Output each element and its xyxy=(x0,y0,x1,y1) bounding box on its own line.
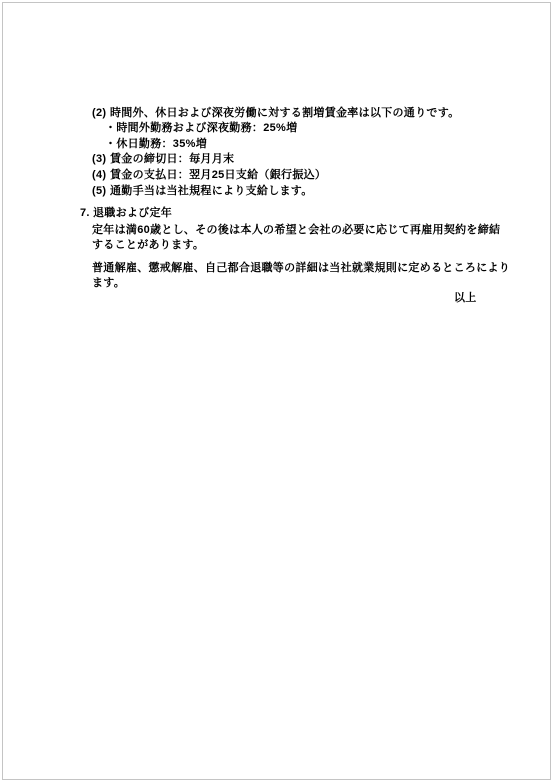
holiday-rate-line: ・休日勤務：35%増 xyxy=(105,137,207,152)
section-7-heading: 7.退職および定年 xyxy=(80,206,172,221)
document-page: (2)時間外、休日および深夜労働に対する割増賃金率は以下の通りです。 ・時間外勤… xyxy=(0,0,553,783)
clause-5-line: (5)通勤手当は当社規程により支給します。 xyxy=(92,184,313,199)
clause-3-line: (3)賃金の締切日：毎月月末 xyxy=(92,152,234,167)
bullet-icon: ・ xyxy=(105,137,116,152)
section-7-body-line-2: することがあります。 xyxy=(92,238,204,253)
clause-2-text: 時間外、休日および深夜労働に対する割増賃金率は以下の通りです。 xyxy=(110,107,459,119)
clause-4-text: 賃金の支払日：翌月25日支給（銀行振込） xyxy=(110,169,326,181)
overtime-rate-line: ・時間外勤務および深夜勤務：25%増 xyxy=(105,121,297,136)
clause-5-text: 通勤手当は当社規程により支給します。 xyxy=(110,185,313,197)
holiday-rate-text: 休日勤務：35%増 xyxy=(116,138,207,150)
clause-4-line: (4)賃金の支払日：翌月25日支給（銀行振込） xyxy=(92,168,326,183)
clause-4-marker: (4) xyxy=(92,168,110,183)
section-7-title: 退職および定年 xyxy=(93,207,172,219)
clause-3-text: 賃金の締切日：毎月月末 xyxy=(110,153,234,165)
clause-2-line: (2)時間外、休日および深夜労働に対する割増賃金率は以下の通りです。 xyxy=(92,106,459,121)
section-7-para-line-1: 普通解雇、懲戒解雇、自己都合退職等の詳細は当社就業規則に定めるところにより xyxy=(92,261,510,276)
clause-5-marker: (5) xyxy=(92,184,110,199)
section-7-para-line-2: ます。 xyxy=(92,276,125,291)
clause-2-marker: (2) xyxy=(92,106,110,121)
overtime-rate-text: 時間外勤務および深夜勤務：25%増 xyxy=(116,122,297,134)
section-7-body-line-1: 定年は満60歳とし、その後は本人の希望と会社の必要に応じて再雇用契約を締結 xyxy=(92,223,500,238)
bullet-icon: ・ xyxy=(105,121,116,136)
section-7-number: 7. xyxy=(80,206,93,221)
closing-ijou: 以上 xyxy=(454,291,477,306)
clause-3-marker: (3) xyxy=(92,152,110,167)
